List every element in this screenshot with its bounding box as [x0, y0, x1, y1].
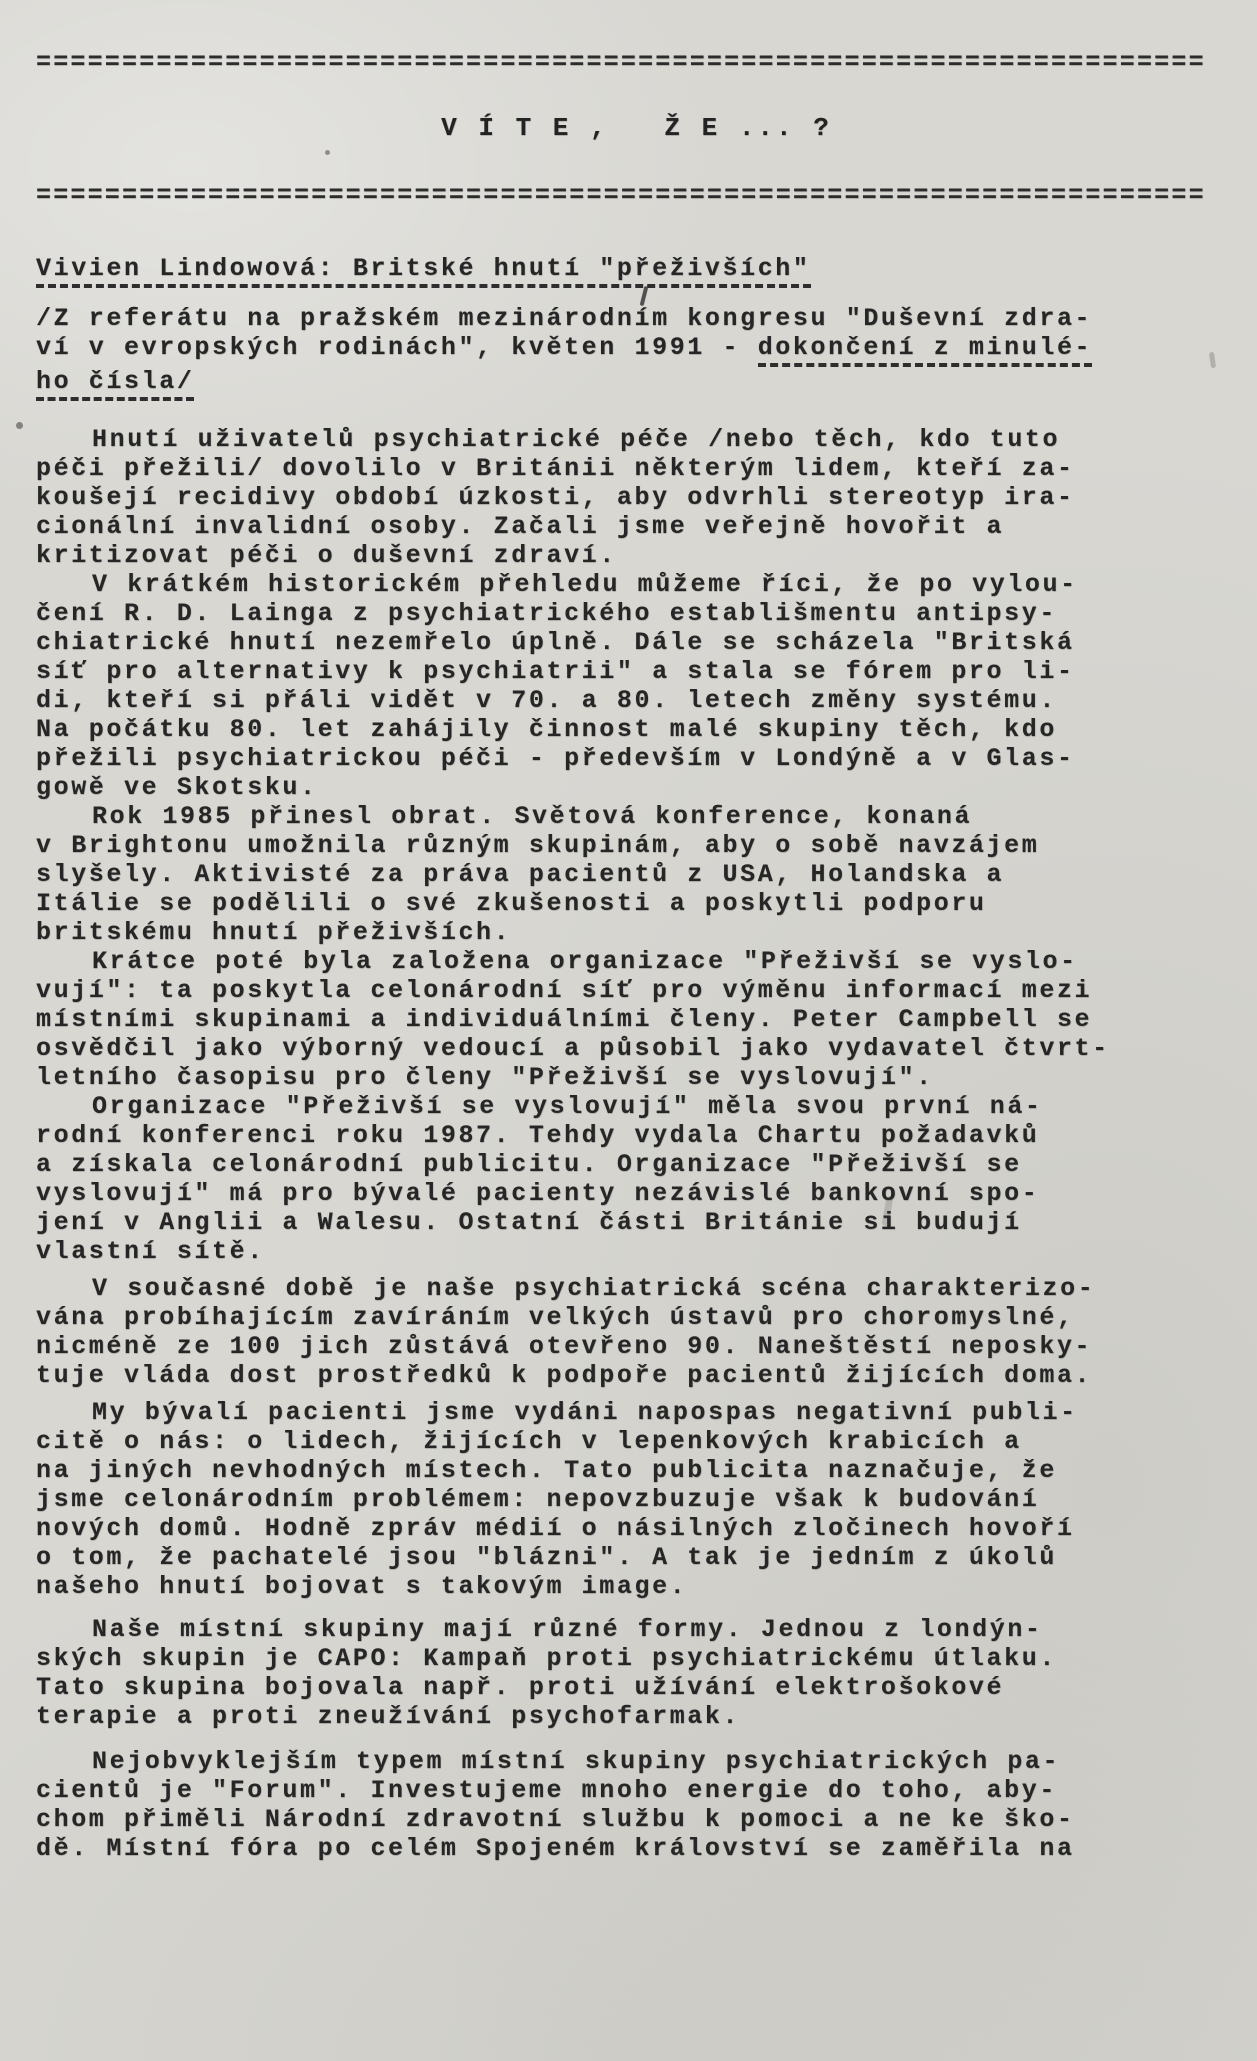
scan-speck	[16, 422, 23, 429]
paragraph: Krátce poté byla založena organizace "Př…	[36, 947, 1237, 1092]
article-heading-text: Vivien Lindowová: Britské hnutí "přeživš…	[36, 254, 811, 288]
byline-line1: /Z referátu na pražském mezinárodním kon…	[36, 304, 1092, 333]
paragraph: V současné době je naše psychiatrická sc…	[36, 1274, 1237, 1390]
double-rule-top: ========================================…	[36, 48, 1237, 77]
article-byline: /Z referátu na pražském mezinárodním kon…	[36, 304, 1237, 401]
article-heading: Vivien Lindowová: Britské hnutí "přeživš…	[36, 254, 1237, 288]
scanned-page: ========================================…	[0, 0, 1257, 2061]
paragraph: Hnutí uživatelů psychiatrické péče /nebo…	[36, 425, 1237, 570]
page-title: V Í T E , Ž E ... ?	[36, 113, 1237, 143]
scan-speck	[325, 150, 330, 155]
double-rule-middle: ========================================…	[36, 181, 1237, 210]
paragraph: Rok 1985 přinesl obrat. Světová konferen…	[36, 802, 1237, 947]
paragraph: Naše místní skupiny mají různé formy. Je…	[36, 1615, 1237, 1731]
paragraph: Organizace "Přeživší se vyslovují" měla …	[36, 1092, 1237, 1266]
paragraph: Nejobvyklejším typem místní skupiny psyc…	[36, 1747, 1237, 1863]
article-body: Hnutí uživatelů psychiatrické péče /nebo…	[36, 425, 1237, 1863]
paragraph: V krátkém historickém přehledu můžeme ří…	[36, 570, 1237, 802]
byline-line2-underlined: dokončení z minulé-	[758, 333, 1092, 367]
byline-line3-underlined: ho čísla/	[36, 367, 194, 401]
paragraph: My bývalí pacienti jsme vydáni napospas …	[36, 1398, 1237, 1601]
byline-line2-plain: ví v evropských rodinách", květen 1991 -	[36, 333, 758, 362]
